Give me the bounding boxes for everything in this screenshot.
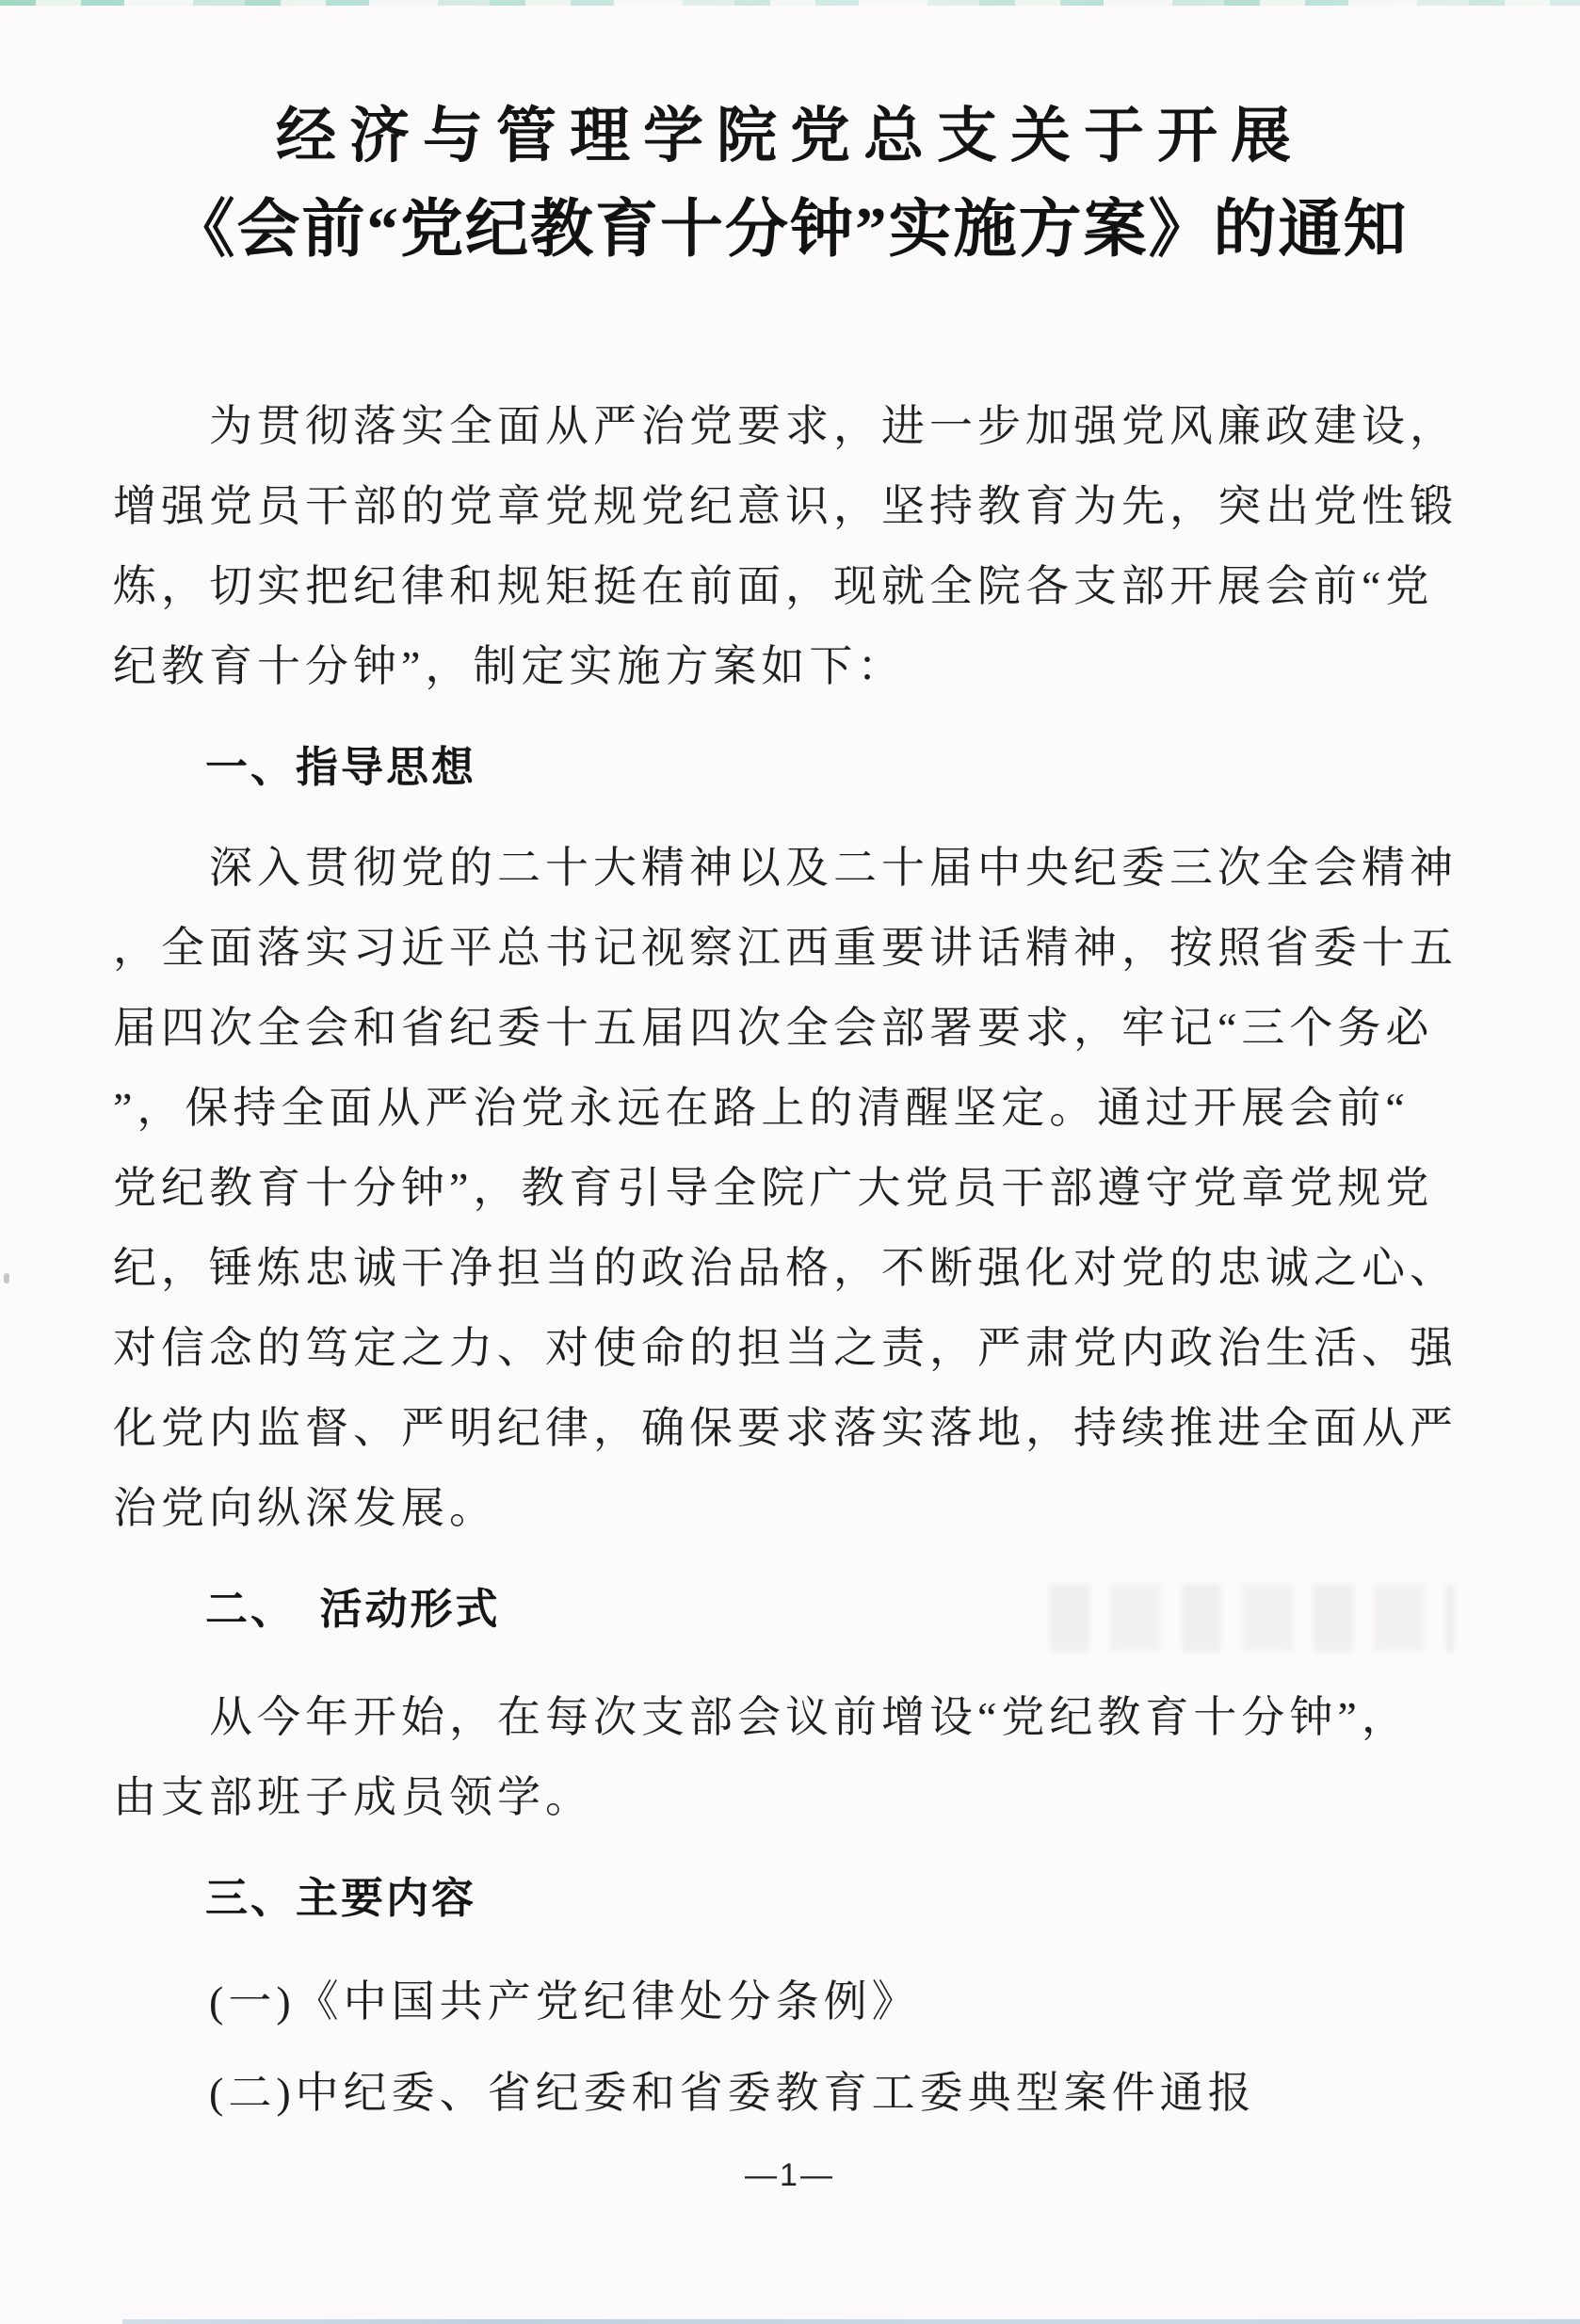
text-line: (一)《中国共产党纪律处分条例》 bbox=[113, 1961, 1486, 2042]
text-line: 化党内监督、严明纪律，确保要求落实落地，持续推进全面从严 bbox=[113, 1388, 1486, 1468]
text-line: 纪，锤炼忠诚干净担当的政治品格，不断强化对党的忠诚之心、 bbox=[113, 1228, 1486, 1308]
text-line: 从今年开始，在每次支部会议前增设“党纪教育十分钟”， bbox=[113, 1677, 1486, 1757]
section-2-paragraph: 从今年开始，在每次支部会议前增设“党纪教育十分钟”，由支部班子成员领学。 bbox=[113, 1677, 1486, 1837]
text-line: ”，保持全面从严治党永远在路上的清醒坚定。通过开展会前“ bbox=[113, 1068, 1486, 1148]
scanner-edge-artifact-bottom bbox=[122, 2319, 1580, 2324]
scanned-document-page: 经济与管理学院党总支关于开展 《会前“党纪教育十分钟”实施方案》的通知 为贯彻落… bbox=[0, 0, 1580, 2324]
text-line: (二)中纪委、省纪委和省委教育工委典型案件通报 bbox=[113, 2053, 1486, 2133]
text-line: 纪教育十分钟”，制定实施方案如下： bbox=[113, 626, 1486, 706]
intro-paragraph: 为贯彻落实全面从严治党要求，进一步加强党风廉政建设，增强党员干部的党章党规党纪意… bbox=[113, 386, 1486, 706]
text-line: 由支部班子成员领学。 bbox=[113, 1757, 1486, 1837]
text-line: 炼，切实把纪律和规矩挺在前面，现就全院各支部开展会前“党 bbox=[113, 546, 1486, 626]
section-3-item-list: (一)《中国共产党纪律处分条例》(二)中纪委、省纪委和省委教育工委典型案件通报 bbox=[113, 1961, 1486, 2133]
text-line: 治党向纵深发展。 bbox=[113, 1468, 1486, 1548]
section-heading-1: 一、指导思想 bbox=[113, 727, 1486, 807]
text-line: 深入贯彻党的二十大精神以及二十届中央纪委三次全会精神 bbox=[113, 828, 1486, 908]
scan-speck bbox=[4, 1273, 9, 1283]
page-number: —1— bbox=[0, 2147, 1580, 2203]
document-title-line1: 经济与管理学院党总支关于开展 bbox=[0, 99, 1580, 174]
scanner-edge-fade bbox=[0, 0, 1580, 8]
text-line: 届四次全会和省纪委十五届四次全会部署要求，牢记“三个务必 bbox=[113, 988, 1486, 1068]
section-1-paragraph: 深入贯彻党的二十大精神以及二十届中央纪委三次全会精神，全面落实习近平总书记视察江… bbox=[113, 828, 1486, 1548]
document-title-line2: 《会前“党纪教育十分钟”实施方案》的通知 bbox=[0, 186, 1580, 275]
text-line: 增强党员干部的党章党规党纪意识，坚持教育为先，突出党性锻 bbox=[113, 466, 1486, 546]
section-heading-3: 三、主要内容 bbox=[113, 1858, 1486, 1938]
ink-bleedthrough-ghost bbox=[1050, 1584, 1455, 1652]
text-line: 党纪教育十分钟”，教育引导全院广大党员干部遵守党章党规党 bbox=[113, 1148, 1486, 1228]
text-line: 为贯彻落实全面从严治党要求，进一步加强党风廉政建设， bbox=[113, 386, 1486, 466]
text-line: 对信念的笃定之力、对使命的担当之责，严肃党内政治生活、强 bbox=[113, 1308, 1486, 1388]
text-line: ，全面落实习近平总书记视察江西重要讲话精神，按照省委十五 bbox=[113, 908, 1486, 988]
